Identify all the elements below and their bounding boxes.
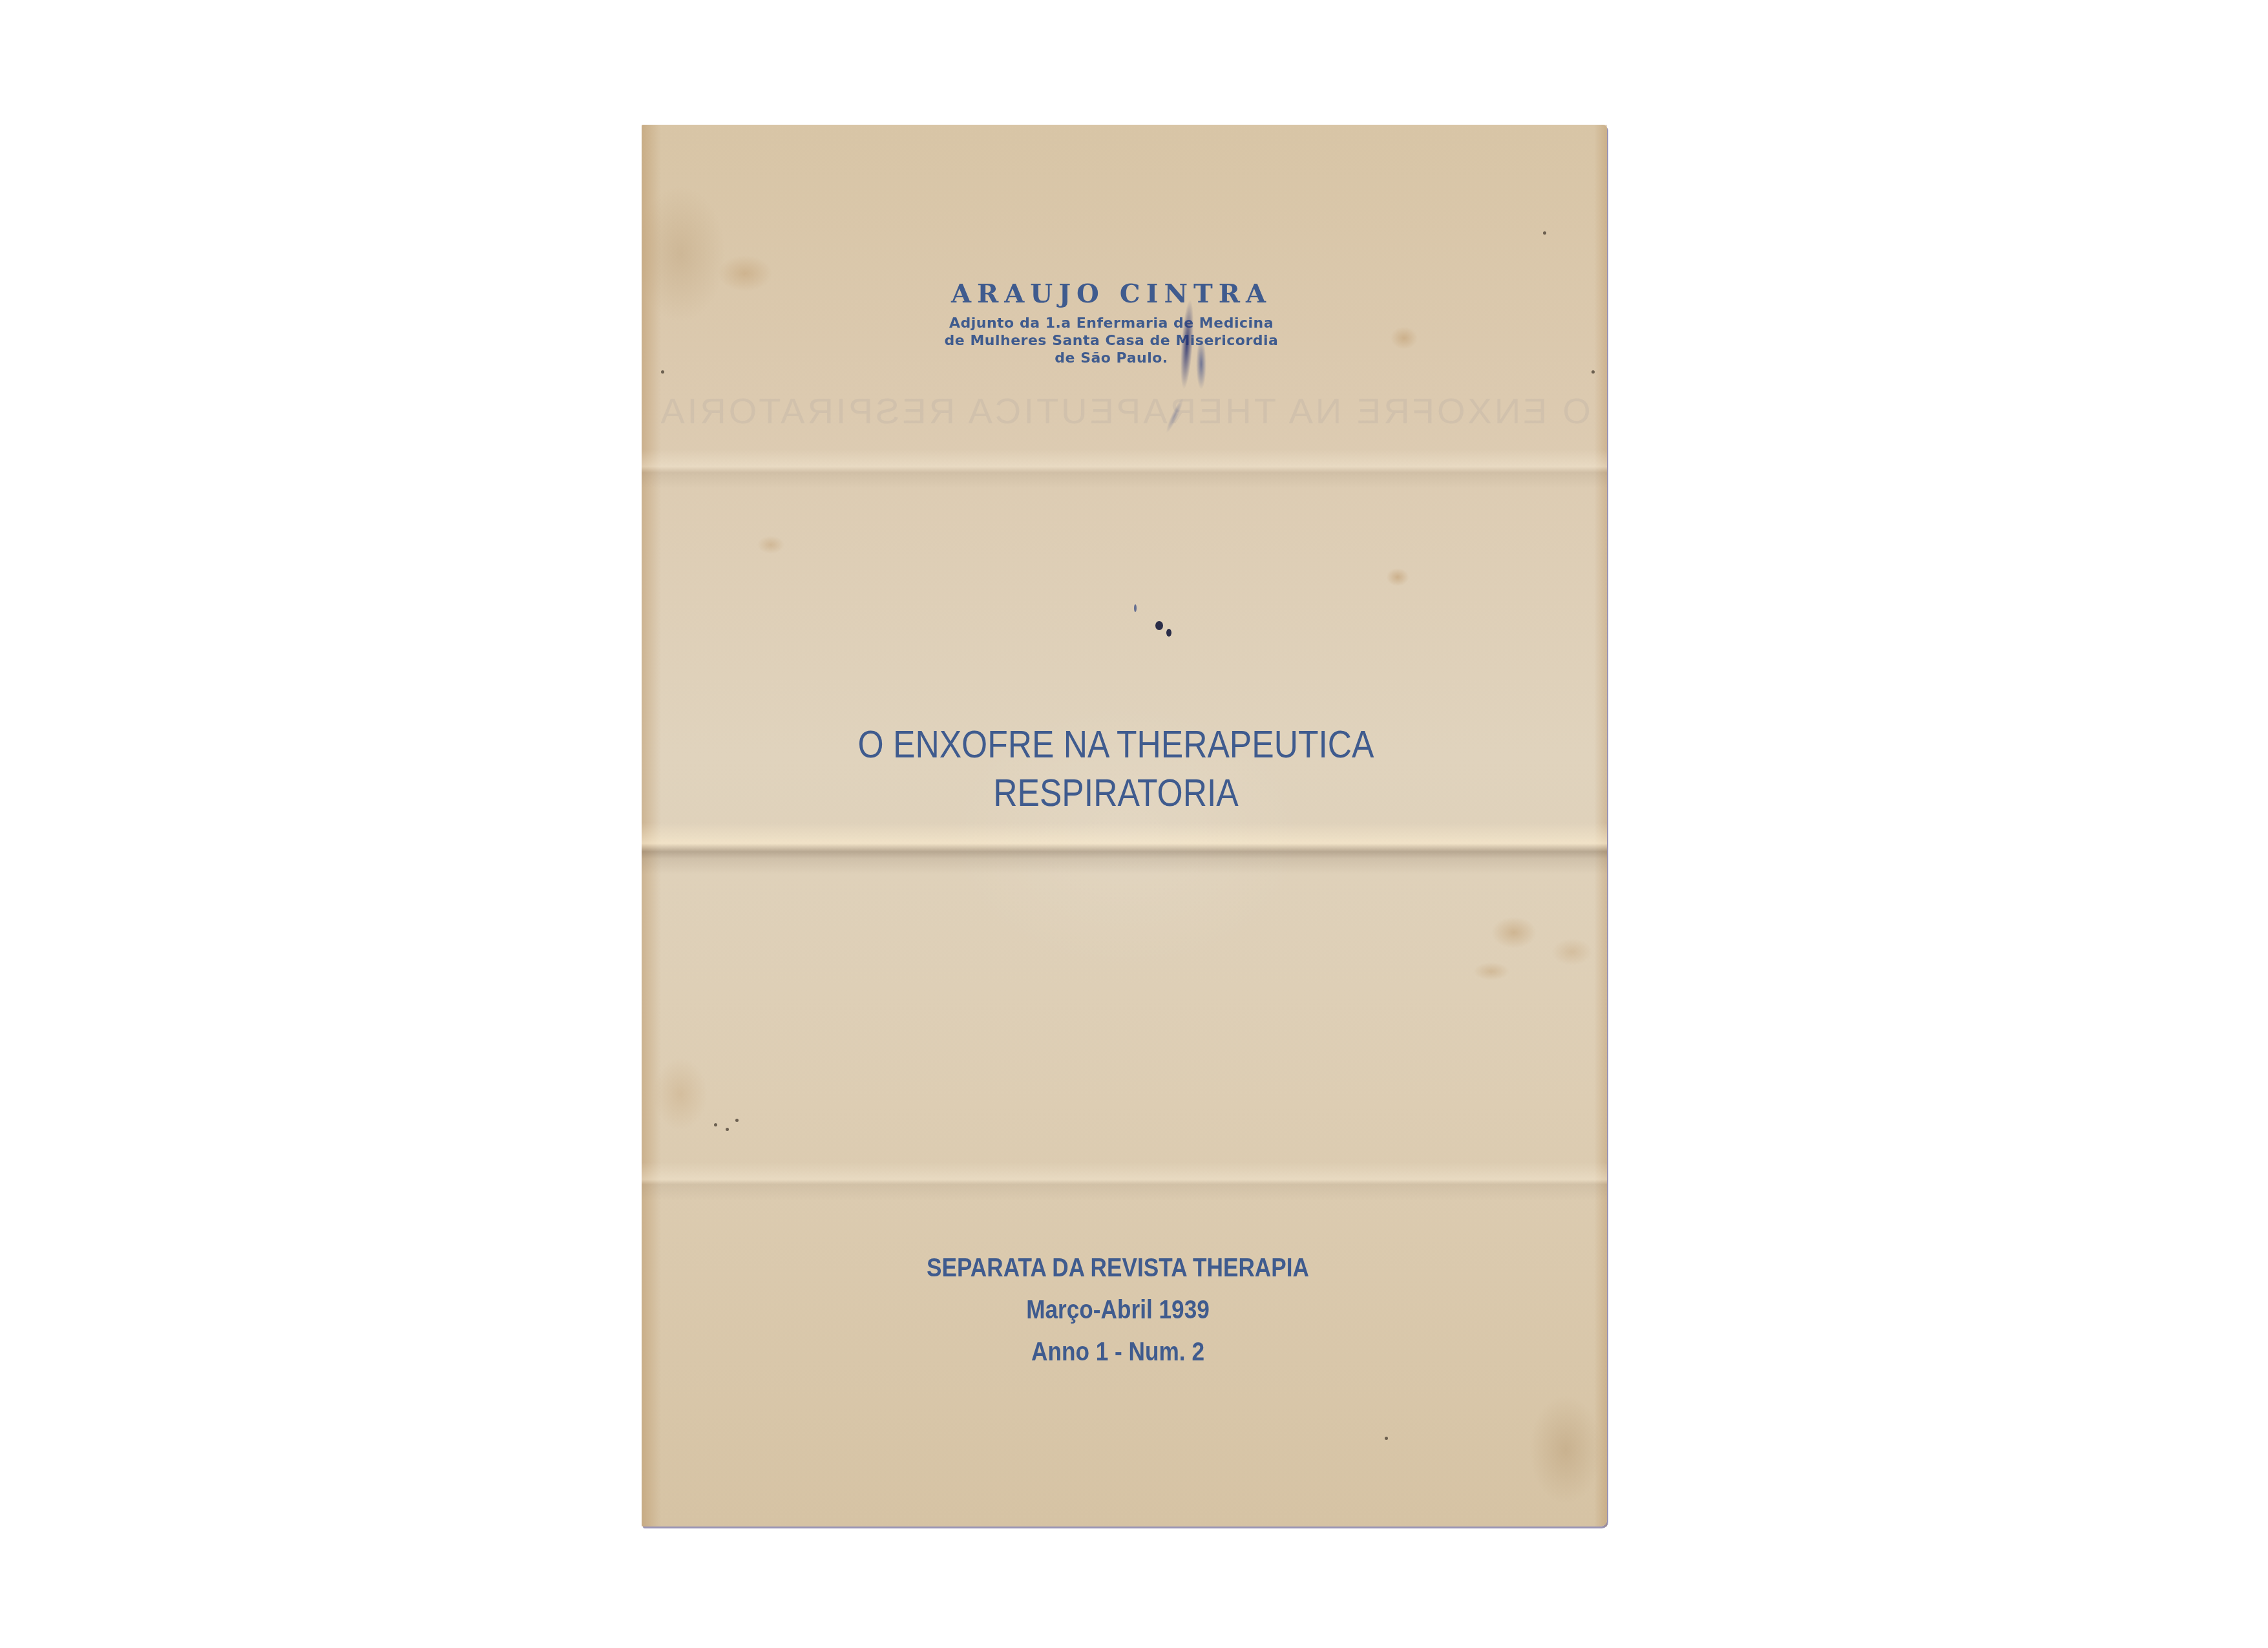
fold-crease — [642, 823, 1607, 874]
author-name: ARAUJO CINTRA — [629, 280, 1594, 308]
paper-speck — [1543, 231, 1546, 235]
paper-speck — [661, 370, 664, 374]
publication-date: Março-Abril 1939 — [693, 1296, 1543, 1324]
fold-crease — [642, 1162, 1607, 1201]
paper-speck — [714, 1123, 717, 1126]
author-affiliation-line: Adjunto da 1.a Enfermaria de Medicina — [629, 315, 1594, 333]
publication-issue: Anno 1 - Num. 2 — [693, 1338, 1543, 1366]
paper-speck — [735, 1119, 739, 1122]
document-title-line: O ENXOFRE NA THERAPEUTICA — [701, 724, 1531, 765]
author-affiliation-line: de Mulheres Santa Casa de Misericordia — [629, 332, 1594, 350]
paper-speck — [1591, 370, 1595, 374]
ink-spot — [1166, 629, 1171, 637]
ink-spot — [1155, 621, 1163, 630]
fold-crease — [642, 449, 1607, 488]
pamphlet-cover: O ENXOFRE NA THERAPEUTICA RESPIRATORIA A… — [642, 125, 1607, 1527]
document-title-line: RESPIRATORIA — [701, 772, 1531, 814]
paper-speck — [726, 1128, 729, 1131]
bleed-through-text: O ENXOFRE NA THERAPEUTICA RESPIRATORIA — [642, 390, 1607, 432]
ink-spot — [1134, 604, 1137, 612]
author-affiliation-line: de São Paulo. — [629, 350, 1594, 368]
paper-speck — [1385, 1437, 1388, 1440]
publication-source: SEPARATA DA REVISTA THERAPIA — [693, 1254, 1543, 1282]
